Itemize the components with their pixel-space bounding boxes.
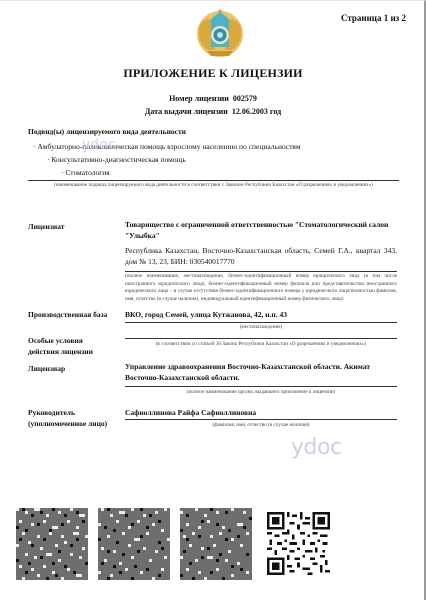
page-indicator: Страница 1 из 2 bbox=[341, 13, 406, 23]
subtype-item: · Консультативно-диагностическая помощь bbox=[47, 155, 186, 164]
licensee-note: (полное наименование, местонахождение, б… bbox=[125, 273, 397, 303]
license-number-row: Номер лицензии 002579 bbox=[0, 94, 426, 103]
issue-date-label: Дата выдачи лицензии bbox=[145, 107, 228, 116]
divider bbox=[125, 338, 397, 339]
head-label-line1: Руководитель bbox=[28, 408, 107, 419]
subtypes-heading: Подвид(ы) лицензируемого вида деятельнос… bbox=[28, 127, 186, 136]
production-base-note: (местонахождение) bbox=[125, 324, 397, 331]
signature-code-icon bbox=[16, 508, 88, 580]
special-conditions-label-line2: действия лицензии bbox=[28, 347, 93, 358]
head-note: (фамилия, имя, отчество (в случае наличи… bbox=[125, 422, 397, 429]
special-conditions-label-line1: Особые условия bbox=[28, 336, 93, 347]
qr-code-icon bbox=[267, 512, 330, 575]
special-conditions-note: (в соответствии со статьей 36 Закона Рес… bbox=[125, 341, 397, 348]
licensor-label: Лицензиар bbox=[28, 364, 65, 375]
document-title: ПРИЛОЖЕНИЕ К ЛИЦЕНЗИИ bbox=[0, 66, 426, 81]
licensor-note: (полное наименование органа, выдавшего п… bbox=[125, 389, 397, 396]
license-number: 002579 bbox=[233, 94, 257, 103]
production-base-label: Производственная база bbox=[28, 310, 107, 321]
head-value: Сафиоллинова Райфа Сафиоллиновна bbox=[125, 408, 397, 419]
divider bbox=[125, 271, 397, 272]
state-emblem-icon bbox=[195, 9, 245, 59]
signature-code-icon bbox=[180, 508, 252, 580]
subtype-item: · Амбулаторно-поликлиническая помощь взр… bbox=[33, 142, 301, 151]
subtypes-note: (наименование подвида лицензируемого вид… bbox=[28, 182, 399, 189]
issue-date: 12.06.2003 год bbox=[232, 107, 281, 116]
license-number-label: Номер лицензии bbox=[169, 94, 229, 103]
head-label-line2: (уполномоченное лицо) bbox=[28, 419, 107, 430]
divider bbox=[28, 180, 399, 181]
licensee-name: Товарищество с ограниченной ответственно… bbox=[125, 220, 397, 242]
document-page: Страница 1 из 2 ПРИЛОЖЕНИЕ К ЛИЦЕНЗИИ Но… bbox=[0, 0, 426, 600]
licensee-label: Лицензиат bbox=[28, 222, 64, 233]
watermark-small: ydoc bbox=[82, 137, 115, 153]
licensee-address: Республика Казахстан, Восточно-Казахстан… bbox=[125, 246, 397, 268]
subtype-item: · Стоматология bbox=[61, 168, 110, 177]
licensor-value: Управление здравоохранения Восточно-Каза… bbox=[125, 362, 397, 384]
issue-date-row: Дата выдачи лицензии 12.06.2003 год bbox=[0, 107, 426, 116]
divider bbox=[125, 386, 397, 387]
signature-code-icon bbox=[98, 508, 170, 580]
watermark: ydoc bbox=[291, 435, 342, 460]
special-conditions-label: Особые условия действия лицензии bbox=[28, 336, 93, 358]
divider bbox=[125, 322, 397, 323]
production-base-value: ВКО, город Семей, улица Кутжанова, 42, н… bbox=[125, 310, 397, 321]
divider bbox=[125, 419, 397, 420]
head-label: Руководитель (уполномоченное лицо) bbox=[28, 408, 107, 430]
